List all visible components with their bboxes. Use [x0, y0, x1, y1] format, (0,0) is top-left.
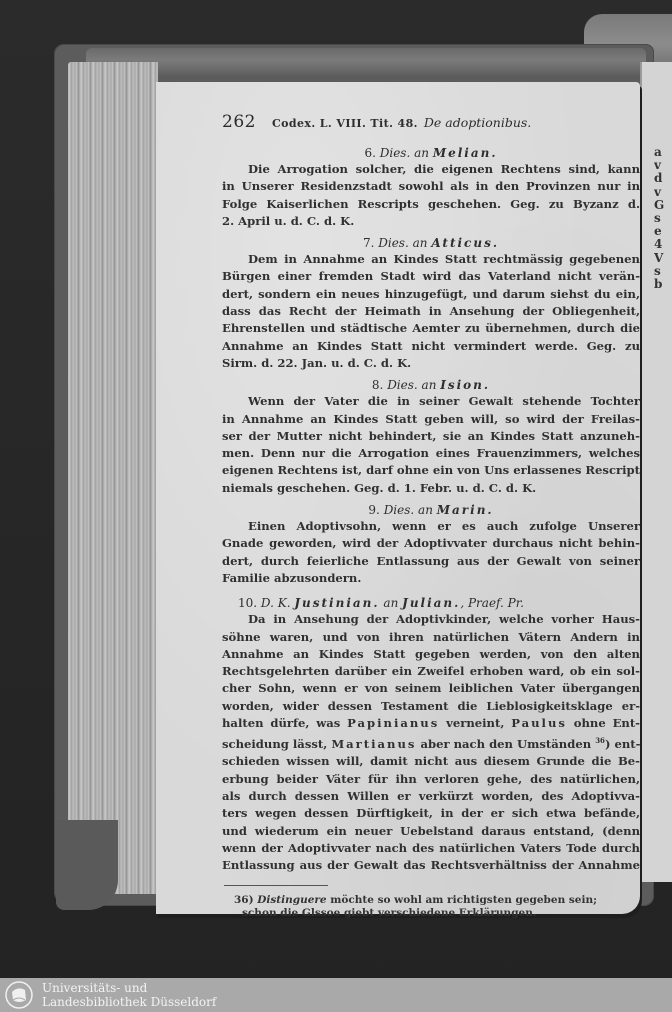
library-attribution-bar: Universitäts- und Landesbibliothek Düsse… [0, 978, 672, 1012]
text-fragment: ) ent- [605, 737, 641, 751]
text-line: worden, wider dessen Testament die Liebl… [222, 698, 640, 715]
text-line: Rechtsgelehrten darüber ein Zweifel erho… [222, 663, 640, 680]
section-heading-8: 8. Dies. an Ision. [222, 378, 640, 393]
text-line: ters wegen dessen Dürftigkeit, in der er… [222, 805, 640, 822]
text-line: Bürgen einer fremden Stadt wird das Vate… [222, 268, 640, 285]
running-head-subtitle: De adoptionibus. [424, 115, 531, 130]
section-body-6: Die Arrogation solcher, die eigenen Rech… [222, 161, 640, 230]
section-addressee-name: Julian. [402, 596, 460, 610]
footnote-marker: 36) [234, 894, 254, 906]
next-page-text-fragment: a v d v G s e 4 V s b [654, 146, 672, 291]
jurist-name: Martianus [331, 737, 416, 751]
text-line: niemals geschehen. Geg. d. 1. Febr. u. d… [222, 480, 640, 497]
text-line: in Unserer Residenzstadt sowohl als in d… [222, 178, 640, 195]
section-addressee-name: Atticus. [431, 236, 499, 250]
text-line: söhne waren, und von ihren natürlichen V… [222, 629, 640, 646]
text-line-martianus: scheidung lässt, Martianus aber nach den… [222, 732, 640, 753]
book-top-edge [86, 48, 646, 78]
page-content: 262 Codex. L. VIII. Tit. 48. De adoption… [222, 112, 640, 920]
footnote-term: Distinguere [257, 894, 326, 906]
running-head: 262 Codex. L. VIII. Tit. 48. De adoption… [222, 112, 640, 138]
text-line: eigenen Rechtens ist, darf ohne ein von … [222, 462, 640, 479]
jurist-name: Papinianus [347, 716, 439, 730]
page-number: 262 [222, 112, 272, 132]
running-head-title: Codex. L. VIII. Tit. 48. [272, 117, 418, 130]
text-line-papinianus: halten dürfe, was Papinianus verneint, P… [222, 715, 640, 732]
text-fragment: halten dürfe, was [222, 716, 347, 730]
section-addressee-name: Melian. [433, 146, 498, 160]
text-line: Entlassung aus der Gewalt das Rechtsverh… [222, 857, 640, 874]
section-addressee-prefix: Dies. an [380, 146, 429, 160]
footnote-divider [224, 885, 328, 886]
section-heading-6: 6. Dies. an Melian. [222, 146, 640, 161]
text-line: Familie abzusondern. [222, 570, 640, 587]
text-line: 2. April u. d. C. d. K. [222, 213, 640, 230]
text-line: dert, sondern ein neues hinzugefügt, und… [222, 286, 640, 303]
text-line: Die Arrogation solcher, die eigenen Rech… [222, 161, 640, 178]
text-line: Dem in Annahme an Kindes Statt rechtmäss… [222, 251, 640, 268]
text-fragment: scheidung lässt, [222, 737, 331, 751]
section-addressee-prefix: Dies. an [387, 378, 436, 392]
text-fragment: ohne Ent- [567, 716, 640, 730]
text-fragment: aber nach den Umständen [416, 737, 595, 751]
section-addressee-title: , Praef. Pr. [460, 596, 524, 610]
footnote-line: schon die Glssoe giebt verschiedene Erkl… [234, 907, 640, 920]
section-number: 6. [364, 146, 375, 160]
text-fragment: verneint, [439, 716, 511, 730]
footnote-reference[interactable]: 36 [595, 736, 605, 745]
text-line: dert, durch feierliche Entlassung aus de… [222, 553, 640, 570]
text-line: dass das Recht der Heimath in Ansehung d… [222, 303, 640, 320]
cover-corner [56, 820, 118, 910]
section-addressee-prefix: an [383, 596, 398, 610]
section-sender-name: Justinian. [294, 596, 379, 610]
text-line: als durch dessen Willen er verkürzt word… [222, 788, 640, 805]
section-body-7: Dem in Annahme an Kindes Statt rechtmäss… [222, 251, 640, 372]
text-line: erbung beider Väter für ihn verloren geh… [222, 771, 640, 788]
section-body-10: Da in Ansehung der Adoptivkinder, welche… [222, 611, 640, 874]
text-line: schieden wissen will, damit nicht aus di… [222, 753, 640, 770]
text-line: Einen Adoptivsohn, wenn er es auch zufol… [222, 518, 640, 535]
jurist-name: Paulus [511, 716, 567, 730]
section-addressee-name: Ision. [440, 378, 490, 392]
section-heading-7: 7. Dies. an Atticus. [222, 236, 640, 251]
section-heading-9: 9. Dies. an Marin. [222, 503, 640, 518]
text-line: Da in Ansehung der Adoptivkinder, welche… [222, 611, 640, 628]
library-book-logo-icon [4, 980, 34, 1010]
section-number: 9. [368, 503, 379, 517]
section-body-9: Einen Adoptivsohn, wenn er es auch zufol… [222, 518, 640, 587]
section-addressee-name: Marin. [437, 503, 494, 517]
footnote-line: 36) Distinguere möchte so wohl am richti… [234, 894, 640, 907]
text-line: cher Sohn, wenn er von seinem leiblichen… [222, 680, 640, 697]
text-line: Folge Kaiserlichen Rescripts geschehen. … [222, 196, 640, 213]
section-number: 10. [238, 596, 257, 610]
library-name: Universitäts- und Landesbibliothek Düsse… [42, 981, 216, 1009]
text-line: men. Denn nur die Arrogation eines Fraue… [222, 445, 640, 462]
text-line: Wenn der Vater die in seiner Gewalt steh… [222, 393, 640, 410]
text-line: wenn der Adoptivvater nach des natürlich… [222, 840, 640, 857]
text-line: Annahme an Kindes Statt gegeben werden, … [222, 646, 640, 663]
text-line: Gnade geworden, wird der Adoptivvater du… [222, 535, 640, 552]
section-addressee-prefix: Dies. an [378, 236, 427, 250]
section-number: 8. [372, 378, 383, 392]
text-line: Annahme an Kindes Statt nicht vermindert… [222, 338, 640, 355]
text-line: in Annahme an Kindes Statt geben will, s… [222, 411, 640, 428]
page-edges-stack [68, 62, 158, 894]
text-line: ser der Mutter nicht behindert, sie an K… [222, 428, 640, 445]
section-heading-10: 10. D. K. Justinian. an Julian., Praef. … [222, 596, 640, 611]
section-sender-prefix: D. K. [261, 596, 291, 610]
text-fragment: möchte so wohl am richtigsten gegeben se… [327, 894, 597, 906]
section-addressee-prefix: Dies. an [384, 503, 433, 517]
library-name-line2: Landesbibliothek Düsseldorf [42, 995, 216, 1009]
section-number: 7. [363, 236, 374, 250]
text-line: Sirm. d. 22. Jan. u. d. C. d. K. [222, 355, 640, 372]
footnote: 36) Distinguere möchte so wohl am richti… [222, 894, 640, 920]
library-name-line1: Universitäts- und [42, 981, 216, 995]
section-body-8: Wenn der Vater die in seiner Gewalt steh… [222, 393, 640, 497]
text-line: und wiederum ein neuer Uebelstand daraus… [222, 823, 640, 840]
text-line: Ehrenstellen und städtische Aemter zu üb… [222, 320, 640, 337]
